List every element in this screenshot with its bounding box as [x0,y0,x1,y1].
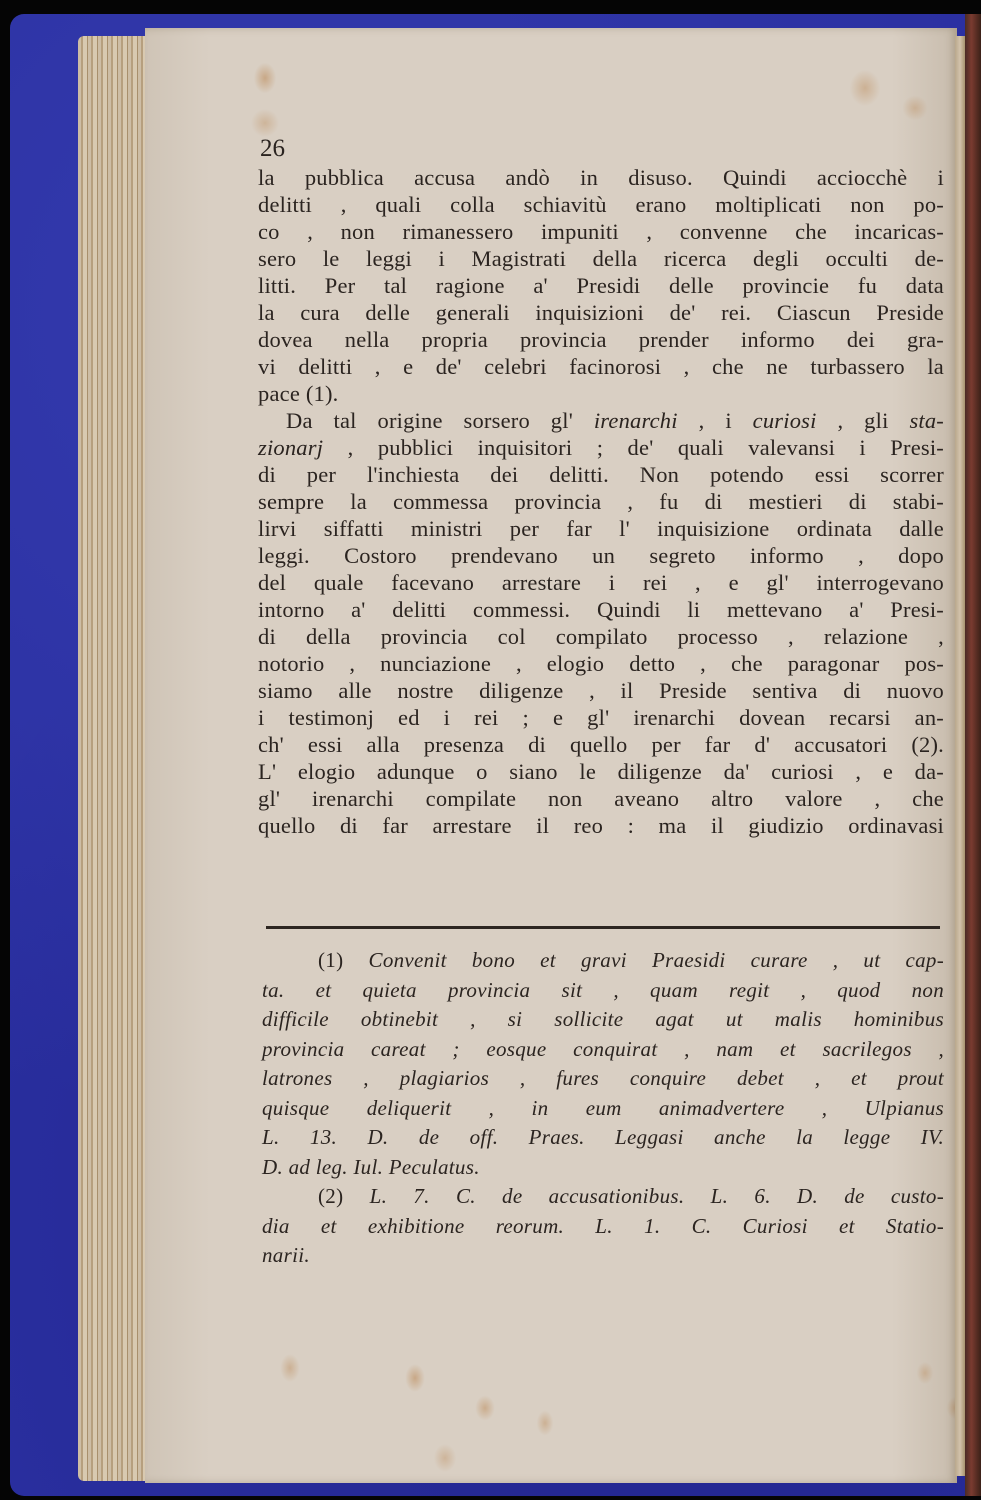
footnote-2-line: narii. [262,1241,944,1271]
body-line: quello di far arrestare il reo : ma il g… [258,812,944,839]
body-line: notorio , nunciazione , elogio detto , c… [258,650,944,677]
footnote-text: Convenit bono et gravi Praesidi curare ,… [369,948,944,972]
text-run: , gli [817,408,910,433]
body-line: litti. Per tal ragione a' Presidi delle … [258,272,944,299]
italic-term-irenarchi: irenarchi [594,408,678,433]
body-line: dovea nella propria provincia prender in… [258,326,944,353]
footnote-1-line: quisque deliquerit , in eum animadverter… [262,1094,944,1124]
body-line: di per l'inchiesta dei delitti. Non pote… [258,461,944,488]
body-line: del quale facevano arrestare i rei , e g… [258,569,944,596]
body-line: L' elogio adunque o siano le diligenze d… [258,758,944,785]
body-line-paragraph-end: pace (1). [258,380,944,407]
body-line: di della provincia col compilato process… [258,623,944,650]
italic-term-stazionarj: sta- [909,408,944,433]
footnote-2-line: (2) L. 7. C. de accusationibus. L. 6. D.… [262,1182,944,1212]
footnote-1-line: difficile obtinebit , si sollicite agat … [262,1005,944,1035]
body-line: leggi. Costoro prendevano un segreto inf… [258,542,944,569]
footnote-text: L. 7. C. de accusationibus. L. 6. D. de … [370,1184,944,1208]
body-line: co , non rimanessero impuniti , convenne… [258,218,944,245]
page-edge-right [955,36,965,1476]
footnote-1-line: L. 13. D. de off. Praes. Leggasi anche l… [262,1123,944,1153]
body-line: intorno a' delitti commessi. Quindi li m… [258,596,944,623]
body-line: la pubblica accusa andò in disuso. Quind… [258,164,944,191]
body-line: vi delitti , e de' celebri facinorosi , … [258,353,944,380]
main-text: 26 la pubblica accusa andò in disuso. Qu… [258,134,944,839]
book-spine-edge [965,14,981,1496]
footnote-separator-rule [266,926,940,929]
body-line: gl' irenarchi compilate non aveano altro… [258,785,944,812]
body-line: sempre la commessa provincia , fu di mes… [258,488,944,515]
body-line: lirvi siffatti ministri per far l' inqui… [258,515,944,542]
footnote-1-line: (1) Convenit bono et gravi Praesidi cura… [262,946,944,976]
footnote-1-line: D. ad leg. Iul. Peculatus. [262,1153,944,1183]
body-line: zionarj , pubblici inquisitori ; de' qua… [258,434,944,461]
text-run: , i [678,408,753,433]
body-line: siamo alle nostre diligenze , il Preside… [258,677,944,704]
footnote-1-line: ta. et quieta provincia sit , quam regit… [262,976,944,1006]
body-line-paragraph-start: Da tal origine sorsero gl' irenarchi , i… [258,407,944,434]
body-line: i testimonj ed i rei ; e gl' irenarchi d… [258,704,944,731]
footnotes: (1) Convenit bono et gravi Praesidi cura… [262,946,944,1271]
footnote-marker: (1) [318,948,343,972]
text-run: Da tal origine sorsero gl' [286,408,594,433]
footnote-1-line: latrones , plagiarios , fures conquire d… [262,1064,944,1094]
italic-term-stazionarj: zionarj [258,435,323,460]
page-number: 26 [260,134,944,164]
page-edges-stack [78,36,150,1481]
footnote-marker: (2) [318,1184,343,1208]
footnote-1-line: provincia careat ; eosque conquirat , na… [262,1035,944,1065]
text-run: , pubblici inquisitori ; de' quali valev… [323,435,944,460]
body-line: delitti , quali colla schiavitù erano mo… [258,191,944,218]
footnote-2-line: dia et exhibitione reorum. L. 1. C. Curi… [262,1212,944,1242]
body-line: la cura delle generali inquisizioni de' … [258,299,944,326]
body-line: sero le leggi i Magistrati della ricerca… [258,245,944,272]
italic-term-curiosi: curiosi [753,408,817,433]
body-line: ch' essi alla presenza di quello per far… [258,731,944,758]
